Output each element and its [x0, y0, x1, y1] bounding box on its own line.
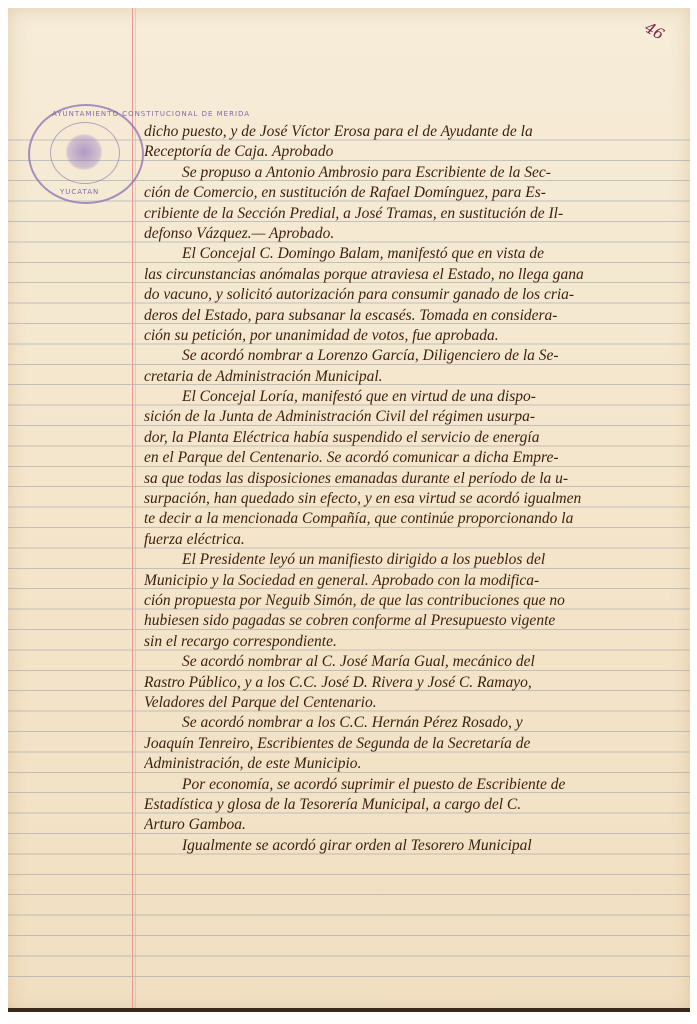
- manuscript-line: sición de la Junta de Administración Civ…: [144, 407, 690, 427]
- manuscript-line: ción de Comercio, en sustitución de Rafa…: [144, 183, 690, 203]
- manuscript-line: Estadística y glosa de la Tesorería Muni…: [144, 795, 690, 815]
- handwritten-minutes-text: dicho puesto, y de José Víctor Erosa par…: [144, 122, 690, 856]
- manuscript-line: sin el recargo correspondiente.: [144, 632, 690, 652]
- ledger-page: 46 AYUNTAMIENTO CONSTITUCIONAL DE MERIDA…: [8, 8, 690, 1012]
- municipal-seal-stamp: AYUNTAMIENTO CONSTITUCIONAL DE MERIDA YU…: [28, 104, 144, 204]
- manuscript-line: Se acordó nombrar a los C.C. Hernán Pére…: [144, 713, 690, 733]
- manuscript-line: las circunstancias anómalas porque atrav…: [144, 265, 690, 285]
- manuscript-line: El Concejal Loría, manifestó que en virt…: [144, 387, 690, 407]
- manuscript-line: deros del Estado, para subsanar la escas…: [144, 306, 690, 326]
- manuscript-line: cribiente de la Sección Predial, a José …: [144, 204, 690, 224]
- manuscript-line: Administración, de este Municipio.: [144, 754, 690, 774]
- manuscript-line: Se acordó nombrar al C. José María Gual,…: [144, 652, 690, 672]
- manuscript-line: Joaquín Tenreiro, Escribientes de Segund…: [144, 734, 690, 754]
- manuscript-line: Se propuso a Antonio Ambrosio para Escri…: [144, 163, 690, 183]
- manuscript-line: sa que todas las disposiciones emanadas …: [144, 469, 690, 489]
- manuscript-line: Receptoría de Caja. Aprobado: [144, 142, 690, 162]
- manuscript-line: dicho puesto, y de José Víctor Erosa par…: [144, 122, 690, 142]
- manuscript-line: Igualmente se acordó girar orden al Teso…: [144, 836, 690, 856]
- manuscript-line: en el Parque del Centenario. Se acordó c…: [144, 448, 690, 468]
- manuscript-line: El Presidente leyó un manifiesto dirigid…: [144, 550, 690, 570]
- manuscript-line: El Concejal C. Domingo Balam, manifestó …: [144, 244, 690, 264]
- manuscript-line: ción propuesta por Neguib Simón, de que …: [144, 591, 690, 611]
- manuscript-line: hubiesen sido pagadas se cobren conforme…: [144, 611, 690, 631]
- seal-bottom-text: YUCATAN: [60, 188, 99, 196]
- manuscript-line: te decir a la mencionada Compañía, que c…: [144, 509, 690, 529]
- manuscript-line: Rastro Público, y a los C.C. José D. Riv…: [144, 673, 690, 693]
- manuscript-line: defonso Vázquez.— Aprobado.: [144, 224, 690, 244]
- page-number: 46: [642, 18, 668, 43]
- manuscript-line: dor, la Planta Eléctrica había suspendid…: [144, 428, 690, 448]
- manuscript-line: ción su petición, por unanimidad de voto…: [144, 326, 690, 346]
- manuscript-line: Municipio y la Sociedad en general. Apro…: [144, 571, 690, 591]
- manuscript-line: Veladores del Parque del Centenario.: [144, 693, 690, 713]
- manuscript-line: Por economía, se acordó suprimir el pues…: [144, 775, 690, 795]
- manuscript-line: cretaria de Administración Municipal.: [144, 367, 690, 387]
- seal-top-text: AYUNTAMIENTO CONSTITUCIONAL DE MERIDA: [52, 110, 250, 118]
- manuscript-line: Se acordó nombrar a Lorenzo García, Dili…: [144, 346, 690, 366]
- eagle-emblem-icon: [64, 134, 104, 170]
- manuscript-line: Arturo Gamboa.: [144, 815, 690, 835]
- manuscript-line: surpación, han quedado sin efecto, y en …: [144, 489, 690, 509]
- manuscript-line: do vacuno, y solicitó autorización para …: [144, 285, 690, 305]
- manuscript-line: fuerza eléctrica.: [144, 530, 690, 550]
